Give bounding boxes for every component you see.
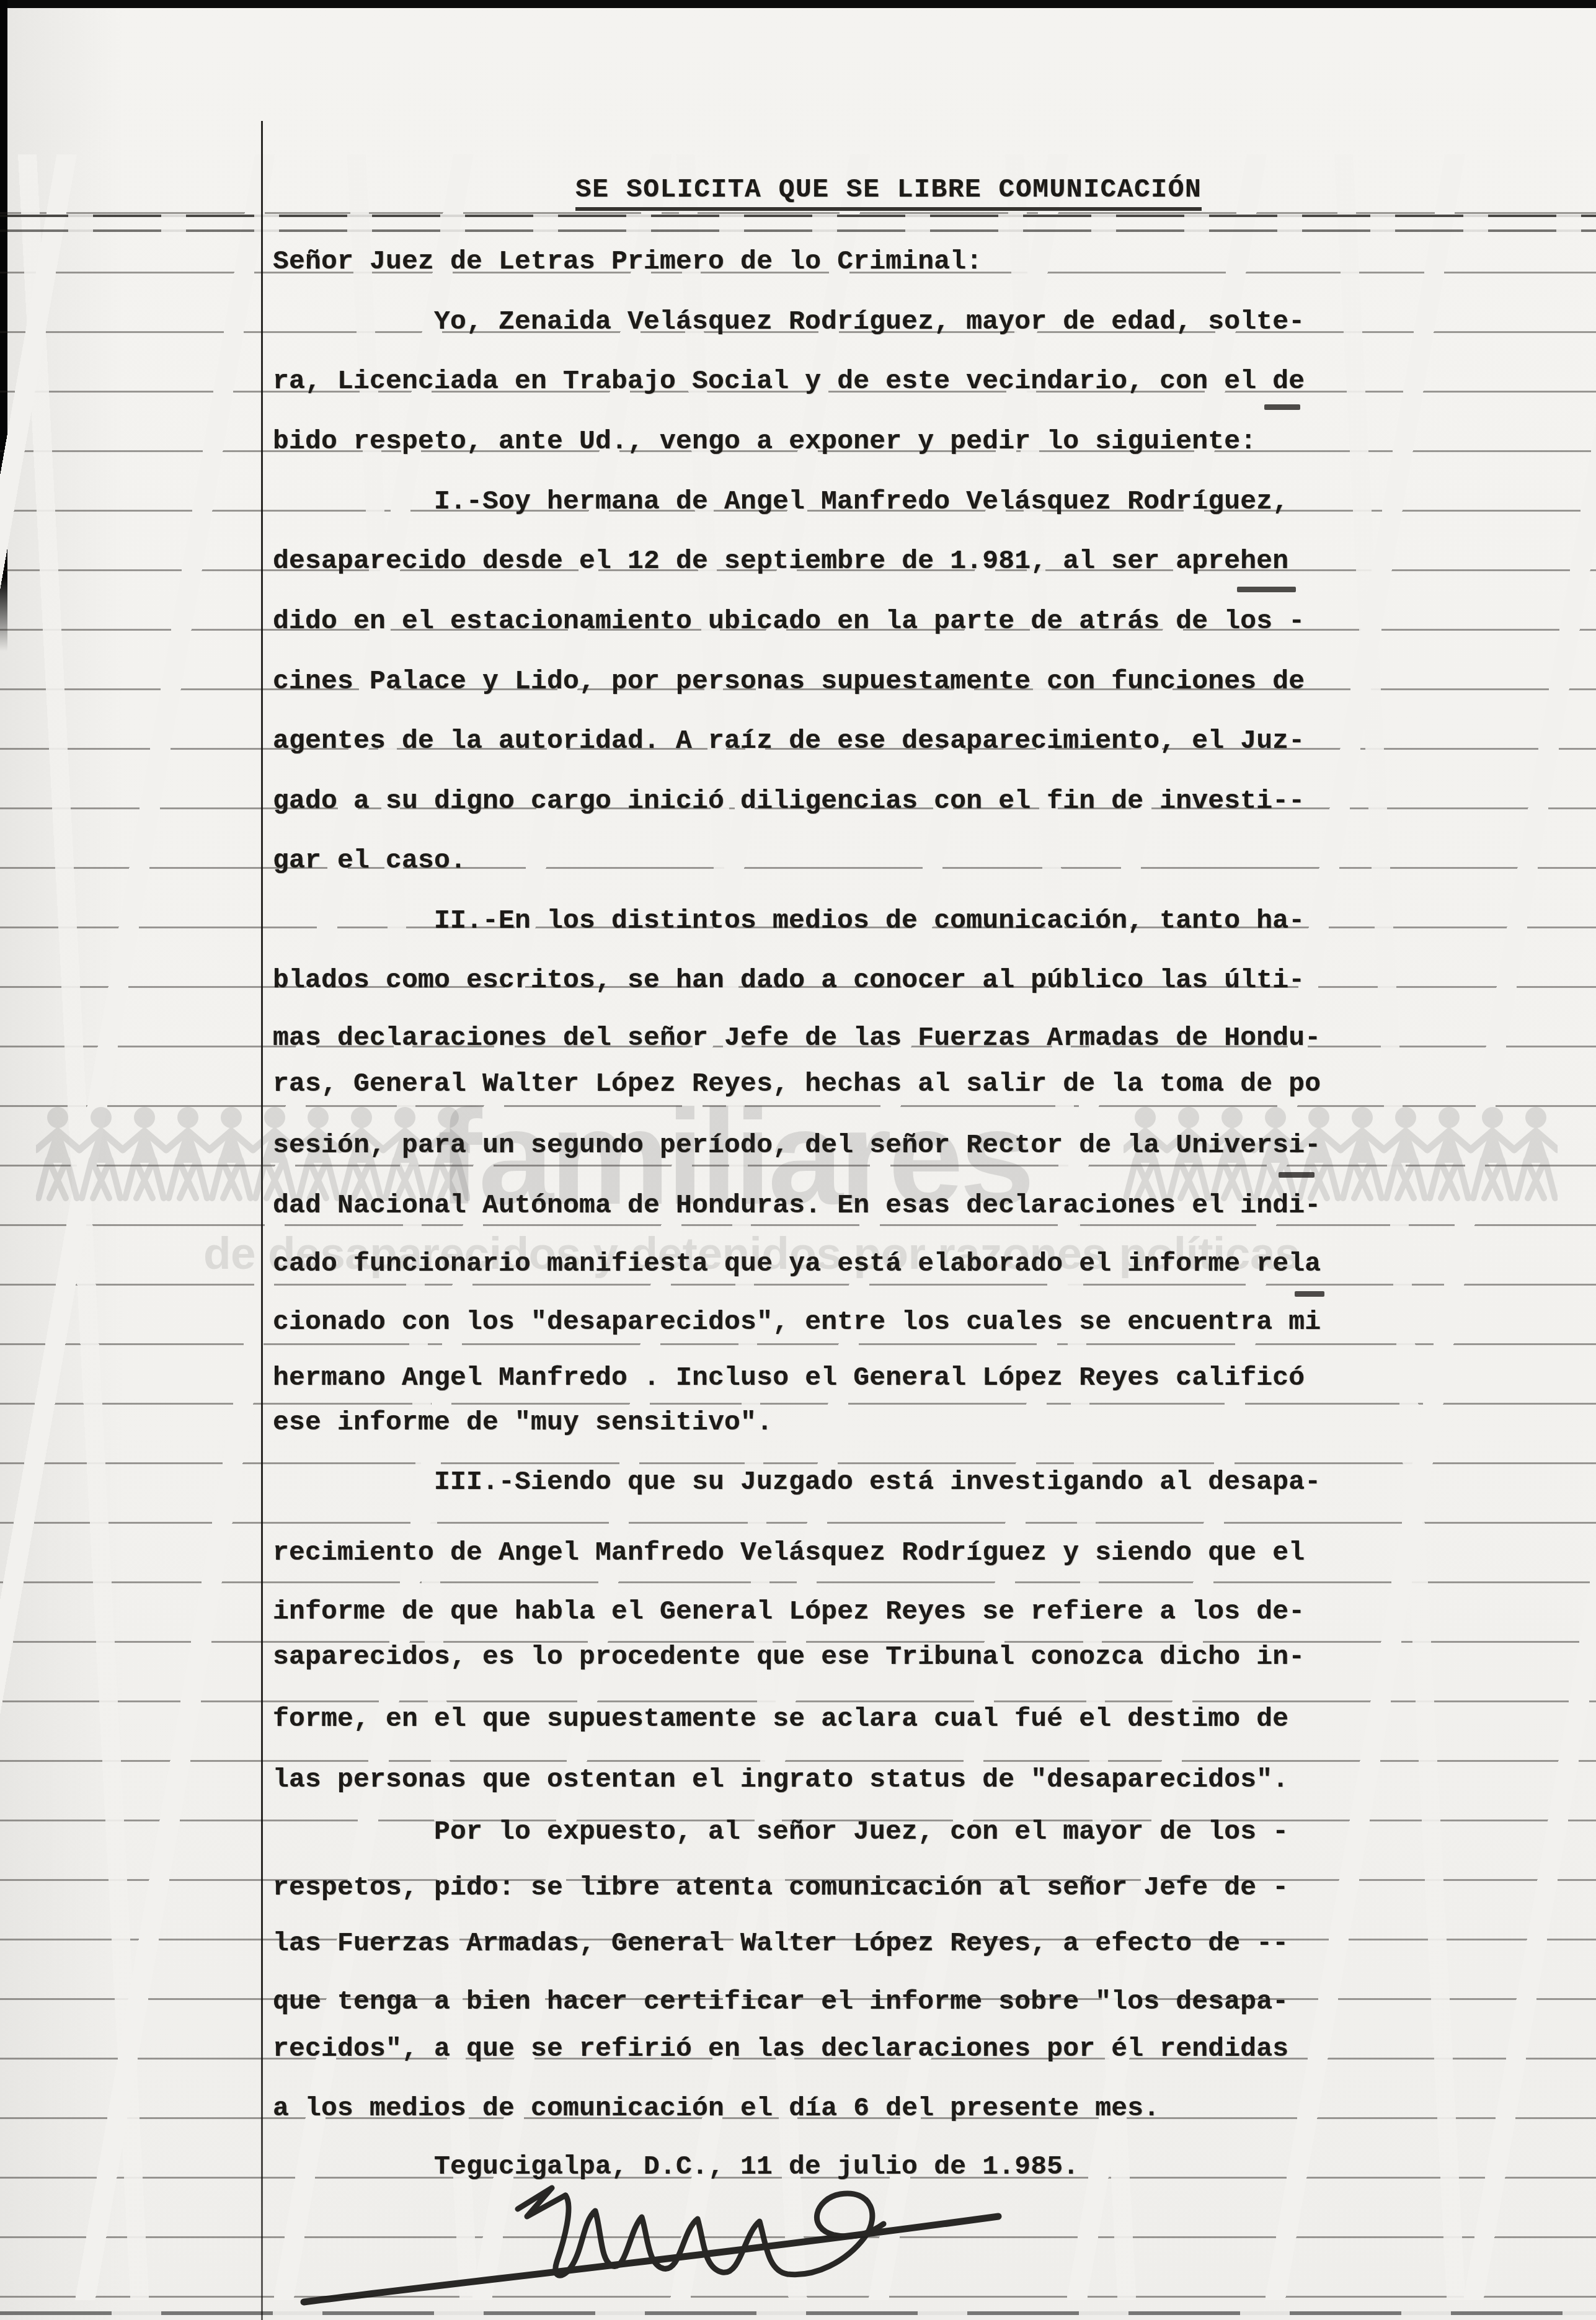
typed-line: las Fuerzas Armadas, General Walter Lópe… [273,1930,1288,1957]
typed-line: las personas que ostentan el ingrato sta… [273,1766,1288,1793]
underline-mark [1279,1172,1314,1178]
typed-line: dad Nacional Autónoma de Honduras. En es… [273,1192,1321,1219]
document-title: SE SOLICITA QUE SE LIBRE COMUNICACIÓN [575,176,1202,211]
scanned-document-page: familiares de desaparecidos y detenidos … [0,0,1596,2320]
typed-line: Yo, Zenaida Velásquez Rodríguez, mayor d… [434,308,1305,335]
typed-line: dido en el estacionamiento ubicado en la… [273,608,1305,634]
typed-line: hermano Angel Manfredo . Incluso el Gene… [273,1364,1305,1391]
typed-line: ras, General Walter López Reyes, hechas … [273,1070,1321,1097]
margin-line [261,121,263,2320]
typed-line: bido respeto, ante Ud., vengo a exponer … [273,428,1256,455]
typed-line: I.-Soy hermana de Angel Manfredo Velásqu… [434,488,1288,515]
underline-mark [1237,587,1296,592]
underline-mark [1295,1291,1324,1297]
typed-line: desaparecido desde el 12 de septiembre d… [273,548,1288,574]
signature-scribble [260,2147,1035,2320]
typed-line: Por lo expuesto, al señor Juez, con el m… [434,1818,1288,1845]
typed-line: cado funcionario manifiesta que ya está … [273,1250,1321,1277]
typed-line: respetos, pido: se libre atenta comunica… [273,1874,1288,1901]
typed-line: III.-Siendo que su Juzgado está investig… [434,1469,1321,1495]
typed-line: gado a su digno cargo inició diligencias… [273,788,1305,814]
typed-line: recimiento de Angel Manfredo Velásquez R… [273,1539,1305,1566]
typed-line: cines Palace y Lido, por personas supues… [273,668,1305,695]
typed-line: que tenga a bien hacer certificar el inf… [273,1988,1288,2015]
typed-line: saparecidos, es lo procedente que ese Tr… [273,1643,1305,1670]
typed-line: a los medios de comunicación el día 6 de… [273,2095,1159,2122]
typed-line: agentes de la autoridad. A raíz de ese d… [273,727,1305,754]
typed-line: sesión, para un segundo período, del señ… [273,1132,1321,1158]
typed-line: forme, en el que supuestamente se aclara… [273,1705,1288,1732]
typed-line: gar el caso. [273,847,466,874]
typed-line: recidos", a que se refirió en las declar… [273,2035,1288,2062]
typed-line: blados como escritos, se han dado a cono… [273,967,1305,993]
typed-line: Señor Juez de Letras Primero de lo Crimi… [273,248,982,275]
scan-edge-top [0,0,1596,8]
typed-line: mas declaraciones del señor Jefe de las … [273,1024,1321,1051]
typed-line: ese informe de "muy sensitivo". [273,1409,773,1436]
typed-line: ra, Licenciada en Trabajo Social y de es… [273,368,1305,394]
heavy-rule-under-title-2 [0,229,1596,232]
underline-mark [1264,404,1300,410]
typed-line: II.-En los distintos medios de comunicac… [434,907,1305,934]
heavy-rule-under-title [0,215,1596,217]
typed-line: cionado con los "desaparecidos", entre l… [273,1309,1321,1335]
typed-line: informe de que habla el General López Re… [273,1598,1305,1625]
